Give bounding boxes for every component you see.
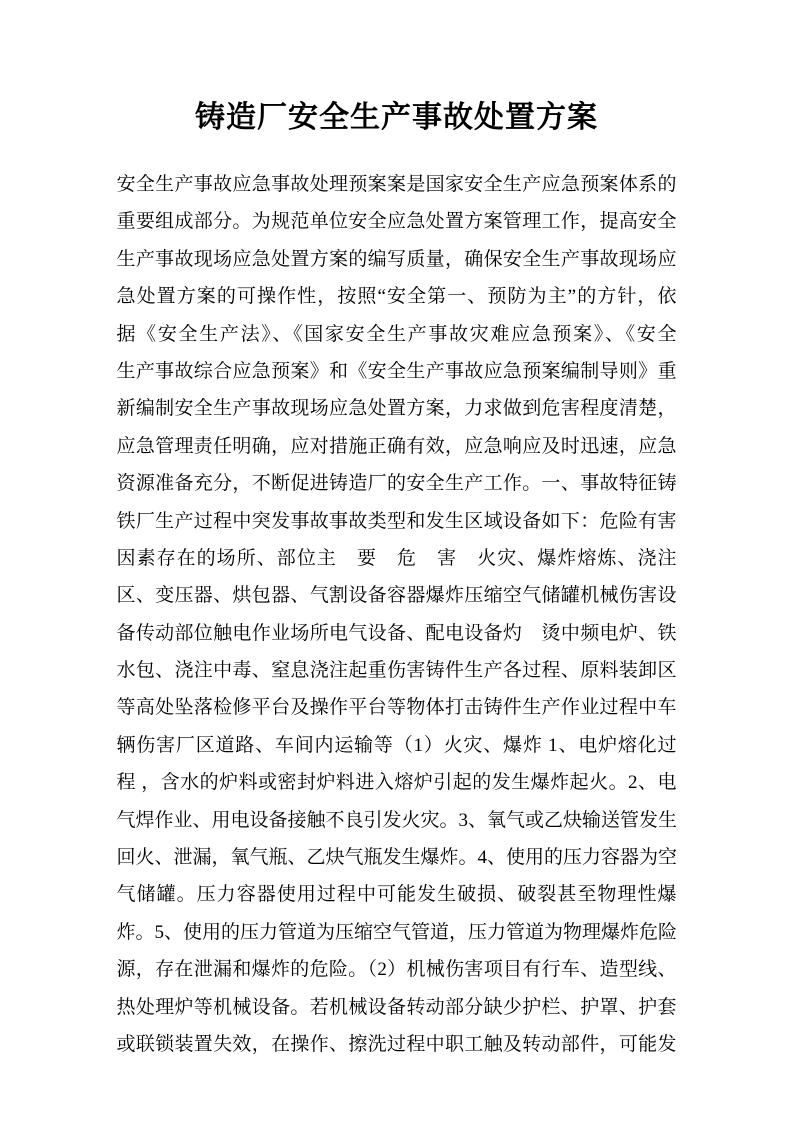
body-line: 生产事故现场应急处置方案的编写质量，确保安全生产事故现场应 — [117, 241, 677, 278]
body-line: 源，存在泄漏和爆炸的危险。（2）机械伤害项目有行车、造型线、 — [117, 951, 677, 988]
body-line: 据《安全生产法》、《国家安全生产事故灾难应急预案》、《安全 — [117, 316, 677, 353]
body-line: 铁厂生产过程中突发事故事故类型和发生区域设备如下：危险有害 — [117, 503, 677, 540]
body-line: 急处置方案的可操作性，按照“安全第一、预防为主”的方针，依 — [117, 278, 677, 315]
body-line: 备传动部位触电作业场所电气设备、配电设备灼 烫中频电炉、铁 — [117, 615, 677, 652]
document-page: 铸造厂安全生产事故处置方案 安全生产事故应急事故处理预案案是国家安全生产应急预案… — [0, 0, 793, 1122]
body-line: 等高处坠落检修平台及操作平台等物体打击铸件生产作业过程中车 — [117, 689, 677, 726]
body-line: 水包、浇注中毒、窒息浇注起重伤害铸件生产各过程、原料装卸区 — [117, 652, 677, 689]
body-line: 区、变压器、烘包器、气割设备容器爆炸压缩空气储罐机械伤害设 — [117, 577, 677, 614]
body-line: 回火、泄漏，氧气瓶、乙炔气瓶发生爆炸。4、使用的压力容器为空 — [117, 839, 677, 876]
body-line: 气焊作业、用电设备接触不良引发火灾。3、氧气或乙炔输送管发生 — [117, 802, 677, 839]
body-line: 生产事故综合应急预案》和《安全生产事故应急预案编制导则》重 — [117, 353, 677, 390]
body-line: 热处理炉等机械设备。若机械设备转动部分缺少护栏、护罩、护套 — [117, 989, 677, 1026]
body-line: 安全生产事故应急事故处理预案案是国家安全生产应急预案体系的 — [117, 166, 677, 203]
document-body: 安全生产事故应急事故处理预案案是国家安全生产应急预案体系的 重要组成部分。为规范… — [117, 166, 677, 1063]
body-line: 因素存在的场所、部位主 要 危 害 火灾、爆炸熔炼、浇注 — [117, 540, 677, 577]
document-title: 铸造厂安全生产事故处置方案 — [0, 0, 793, 138]
body-line: 程 ，含水的炉料或密封炉料进入熔炉引起的发生爆炸起火。2、电 — [117, 764, 677, 801]
body-line: 炸。5、使用的压力管道为压缩空气管道，压力管道为物理爆炸危险 — [117, 914, 677, 951]
body-line: 应急管理责任明确，应对措施正确有效，应急响应及时迅速，应急 — [117, 428, 677, 465]
body-line: 辆伤害厂区道路、车间内运输等（1）火灾、爆炸 1、电炉熔化过 — [117, 727, 677, 764]
body-line: 资源准备充分，不断促进铸造厂的安全生产工作。一、事故特征铸 — [117, 465, 677, 502]
body-line: 新编制安全生产事故现场应急处置方案，力求做到危害程度清楚， — [117, 390, 677, 427]
body-line: 气储罐。压力容器使用过程中可能发生破损、破裂甚至物理性爆 — [117, 876, 677, 913]
body-line: 重要组成部分。为规范单位安全应急处置方案管理工作，提高安全 — [117, 203, 677, 240]
body-line: 或联锁装置失效，在操作、擦洗过程中职工触及转动部件，可能发 — [117, 1026, 677, 1063]
